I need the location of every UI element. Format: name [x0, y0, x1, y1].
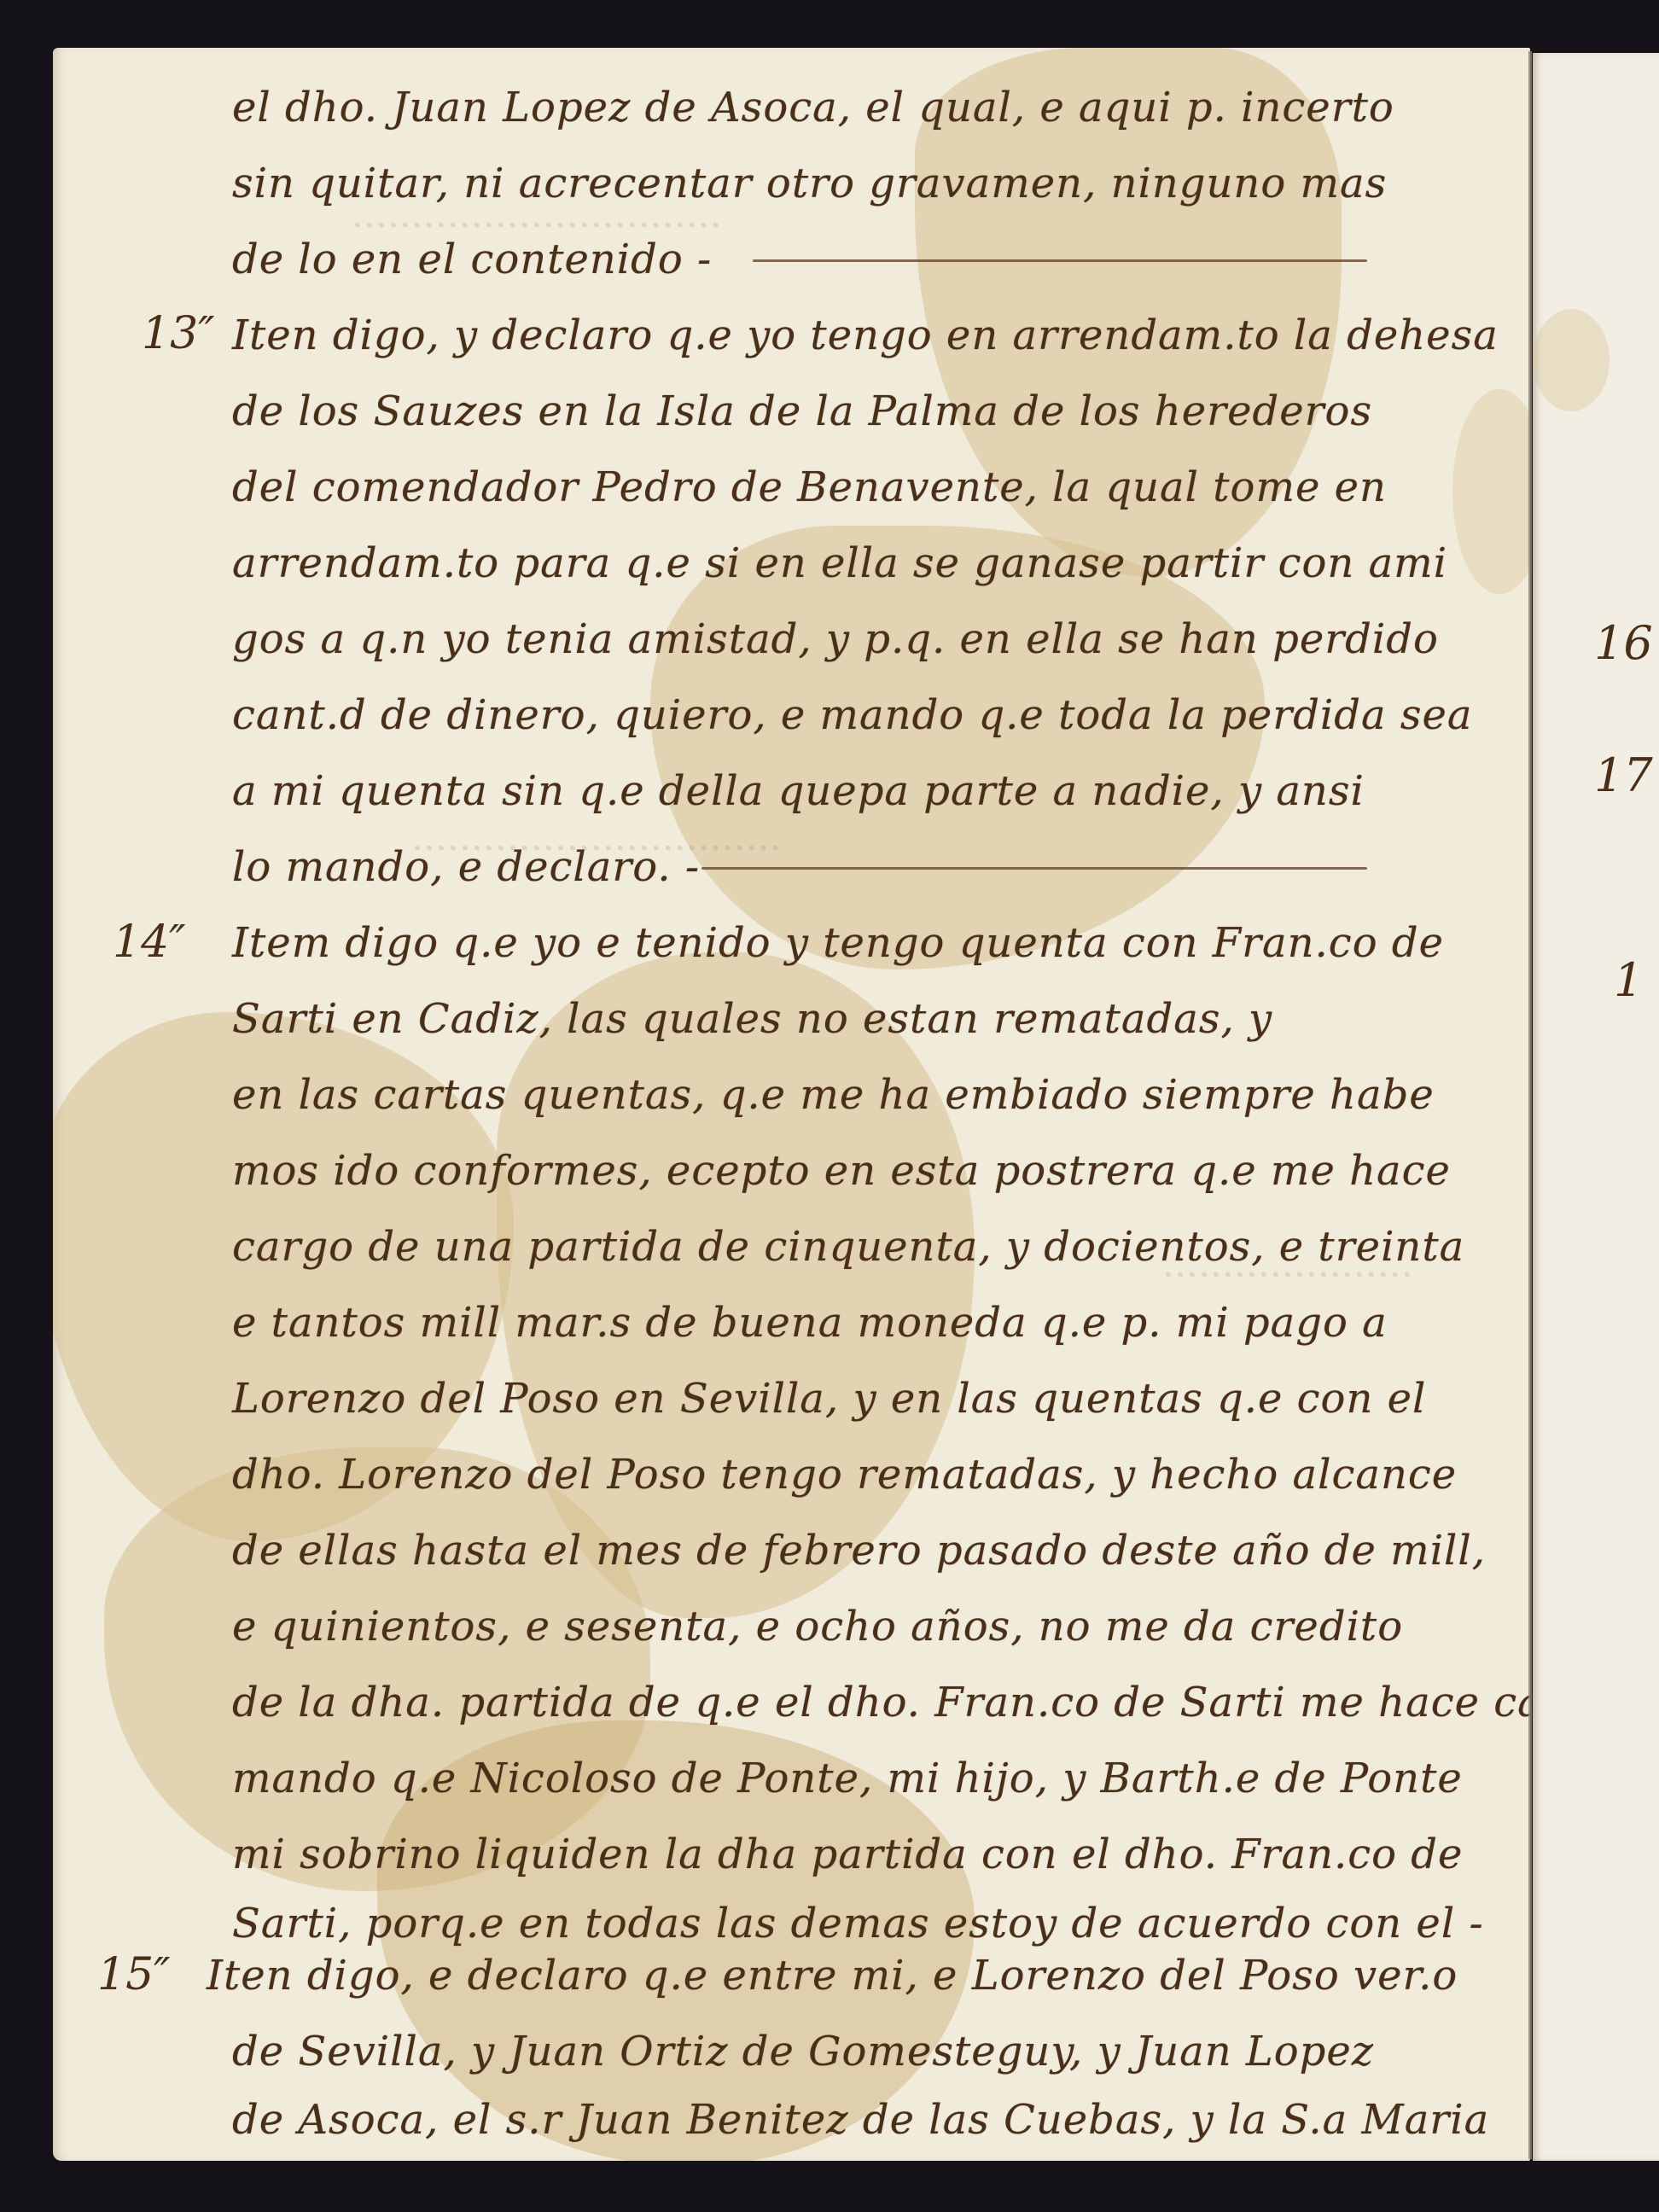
item-number: 15″	[97, 1949, 171, 2000]
manuscript-page-right-edge: 16 17 1	[1533, 53, 1659, 2161]
text-line: e tantos mill mar.s de buena moneda q.e …	[232, 1299, 1388, 1347]
text-line: a mi quenta sin q.e della quepa parte a …	[232, 767, 1365, 815]
text-line: cant.d de dinero, quiero, e mando q.e to…	[232, 691, 1473, 739]
text-line: de Sevilla, y Juan Ortiz de Gomesteguy, …	[232, 2028, 1374, 2075]
section-rule	[701, 867, 1367, 870]
text-line: mos ido conformes, ecepto en esta postre…	[232, 1147, 1451, 1195]
item-number: 17	[1594, 748, 1653, 802]
section-rule	[753, 259, 1367, 262]
text-line: de lo en el contenido -	[232, 236, 712, 283]
manuscript-text: el dho. Juan Lopez de Asoca, el qual, e …	[53, 48, 1530, 2161]
text-line: en las cartas quentas, q.e me ha embiado…	[232, 1071, 1435, 1119]
text-line: de la dha. partida de q.e el dho. Fran.c…	[232, 1679, 1530, 1726]
text-line: mando q.e Nicoloso de Ponte, mi hijo, y …	[232, 1755, 1463, 1802]
text-line: dho. Lorenzo del Poso tengo rematadas, y…	[232, 1451, 1457, 1499]
text-line: gos a q.n yo tenia amistad, y p.q. en el…	[232, 615, 1439, 663]
manuscript-page-left: ............................... ........…	[53, 48, 1530, 2161]
text-line: lo mando, e declaro. -	[232, 843, 700, 891]
text-line: cargo de una partida de cinquenta, y doc…	[232, 1223, 1464, 1271]
text-line: Iten digo, e declaro q.e entre mi, e Lor…	[207, 1952, 1458, 2000]
text-line: de ellas hasta el mes de febrero pasado …	[232, 1527, 1486, 1575]
text-line: Lorenzo del Poso en Sevilla, y en las qu…	[232, 1375, 1426, 1423]
text-line: Iten digo, y declaro q.e yo tengo en arr…	[232, 311, 1499, 359]
text-line: de Asoca, el s.r Juan Benitez de las Cue…	[232, 2096, 1489, 2144]
binding-gutter	[1528, 51, 1532, 2159]
text-line: Sarti, porq.e en todas las demas estoy d…	[232, 1900, 1484, 1947]
text-line: Sarti en Cadiz, las quales no estan rema…	[232, 995, 1272, 1043]
item-number: 1	[1614, 953, 1643, 1007]
text-line: del comendador Pedro de Benavente, la qu…	[232, 463, 1387, 511]
text-line: de los Sauzes en la Isla de la Palma de …	[232, 387, 1372, 435]
text-line: e quinientos, e sesenta, e ocho años, no…	[232, 1603, 1403, 1650]
text-line: mi sobrino liquiden la dha partida con e…	[232, 1831, 1463, 1878]
item-number: 14″	[113, 917, 186, 968]
water-stain	[1533, 309, 1610, 411]
item-number: 13″	[142, 308, 215, 359]
text-line: Item digo q.e yo e tenido y tengo quenta…	[232, 919, 1444, 967]
text-line: el dho. Juan Lopez de Asoca, el qual, e …	[232, 84, 1394, 131]
item-number: 16	[1594, 616, 1653, 670]
text-line: sin quitar, ni acrecentar otro gravamen,…	[232, 160, 1387, 207]
text-line: arrendam.to para q.e si en ella se ganas…	[232, 539, 1447, 587]
